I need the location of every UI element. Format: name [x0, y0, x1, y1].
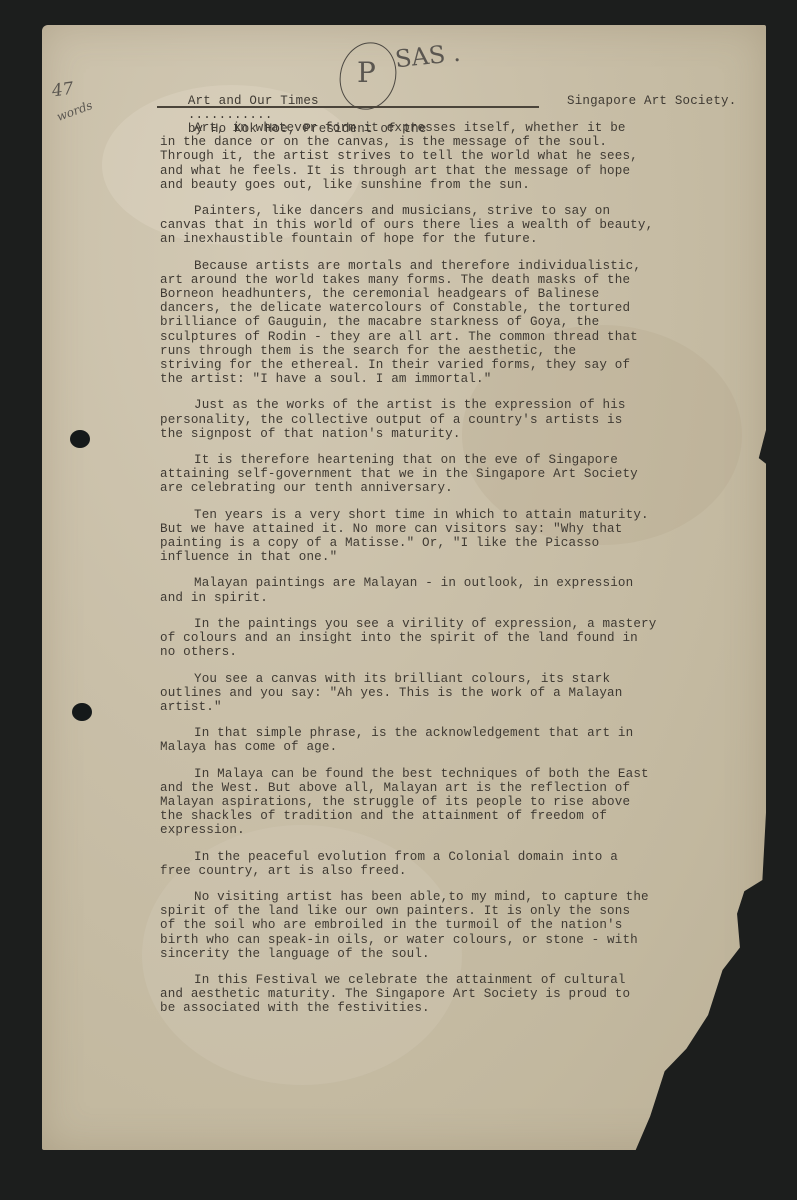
paragraph: In the peaceful evolution from a Colonia…	[160, 850, 740, 878]
paragraph: You see a canvas with its brilliant colo…	[160, 672, 740, 715]
paragraph: In Malaya can be found the best techniqu…	[160, 767, 740, 838]
paragraph: Art, in whatever form it expresses itsel…	[160, 121, 740, 192]
paragraph: In that simple phrase, is the acknowledg…	[160, 726, 740, 754]
paragraph: Ten years is a very short time in which …	[160, 508, 740, 565]
author-title-line2: Singapore Art Society.	[567, 94, 736, 108]
paragraph: It is therefore heartening that on the e…	[160, 453, 740, 496]
paragraph: In this Festival we celebrate the attain…	[160, 973, 740, 1016]
punch-hole	[72, 703, 92, 721]
paragraph: Just as the works of the artist is the e…	[160, 398, 740, 441]
leader-dots: ...........	[188, 108, 273, 122]
title-underline	[157, 106, 539, 108]
margin-note-number: 47	[51, 79, 75, 102]
paragraph: In the paintings you see a virility of e…	[160, 617, 740, 660]
paragraph: Painters, like dancers and musicians, st…	[160, 204, 740, 247]
document-body: Art, in whatever form it expresses itsel…	[160, 121, 740, 1028]
paragraph: Malayan paintings are Malayan - in outlo…	[160, 576, 740, 604]
paragraph: Because artists are mortals and therefor…	[160, 259, 740, 387]
paragraph: No visiting artist has been able,to my m…	[160, 890, 740, 961]
punch-hole	[70, 430, 90, 448]
